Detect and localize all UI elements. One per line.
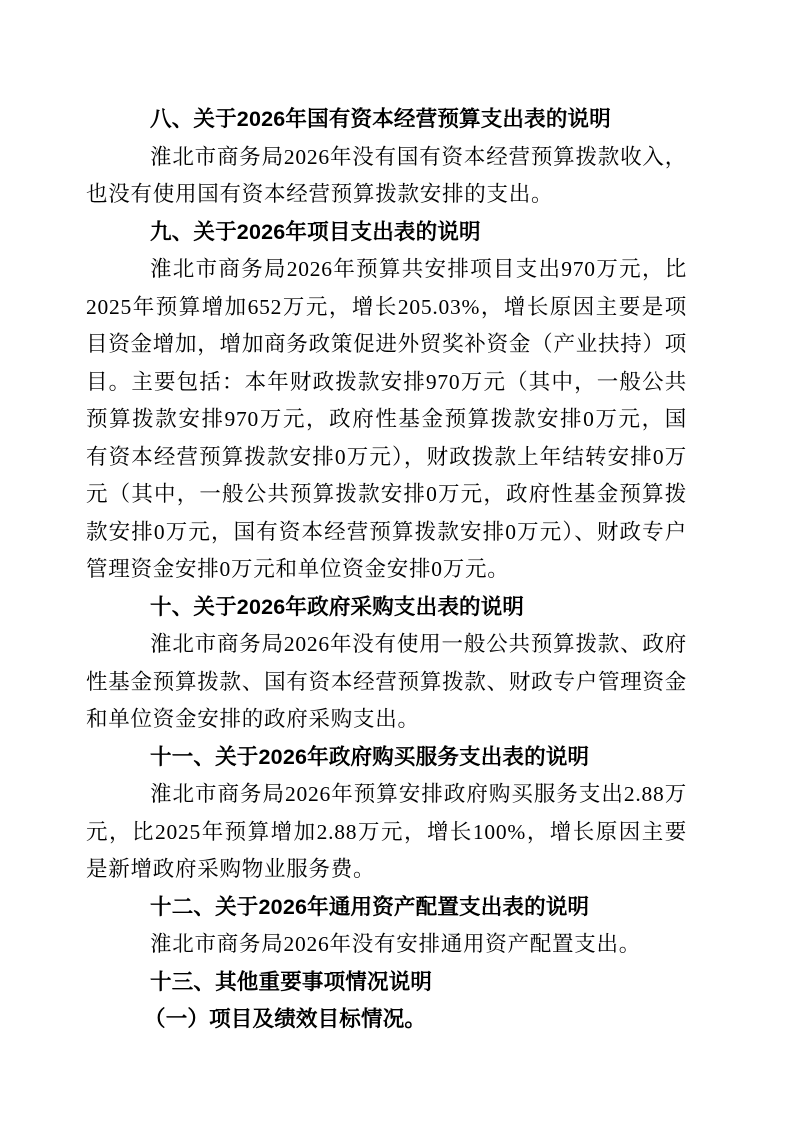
section-12-paragraph: 淮北市商务局2026年没有安排通用资产配置支出。 [86, 926, 687, 964]
section-8-paragraph: 淮北市商务局2026年没有国有资本经营预算拨款收入，也没有使用国有资本经营预算拨… [86, 139, 687, 214]
section-heading-12: 十二、关于2026年通用资产配置支出表的说明 [86, 889, 687, 927]
section-11-paragraph: 淮北市商务局2026年预算安排政府购买服务支出2.88万元，比2025年预算增加… [86, 776, 687, 889]
section-10-paragraph: 淮北市商务局2026年没有使用一般公共预算拨款、政府性基金预算拨款、国有资本经营… [86, 626, 687, 739]
document-body: 八、关于2026年国有资本经营预算支出表的说明 淮北市商务局2026年没有国有资… [86, 101, 687, 1039]
section-heading-10: 十、关于2026年政府采购支出表的说明 [86, 589, 687, 627]
section-heading-9: 九、关于2026年项目支出表的说明 [86, 214, 687, 252]
section-heading-13: 十三、其他重要事项情况说明 [86, 964, 687, 1002]
section-13-subheading-item-1: （一）项目及绩效目标情况。 [86, 1001, 687, 1039]
section-heading-11: 十一、关于2026年政府购买服务支出表的说明 [86, 739, 687, 777]
section-9-paragraph: 淮北市商务局2026年预算共安排项目支出970万元，比2025年预算增加652万… [86, 251, 687, 589]
section-heading-8: 八、关于2026年国有资本经营预算支出表的说明 [86, 101, 687, 139]
document-page: 八、关于2026年国有资本经营预算支出表的说明 淮北市商务局2026年没有国有资… [0, 0, 793, 1122]
